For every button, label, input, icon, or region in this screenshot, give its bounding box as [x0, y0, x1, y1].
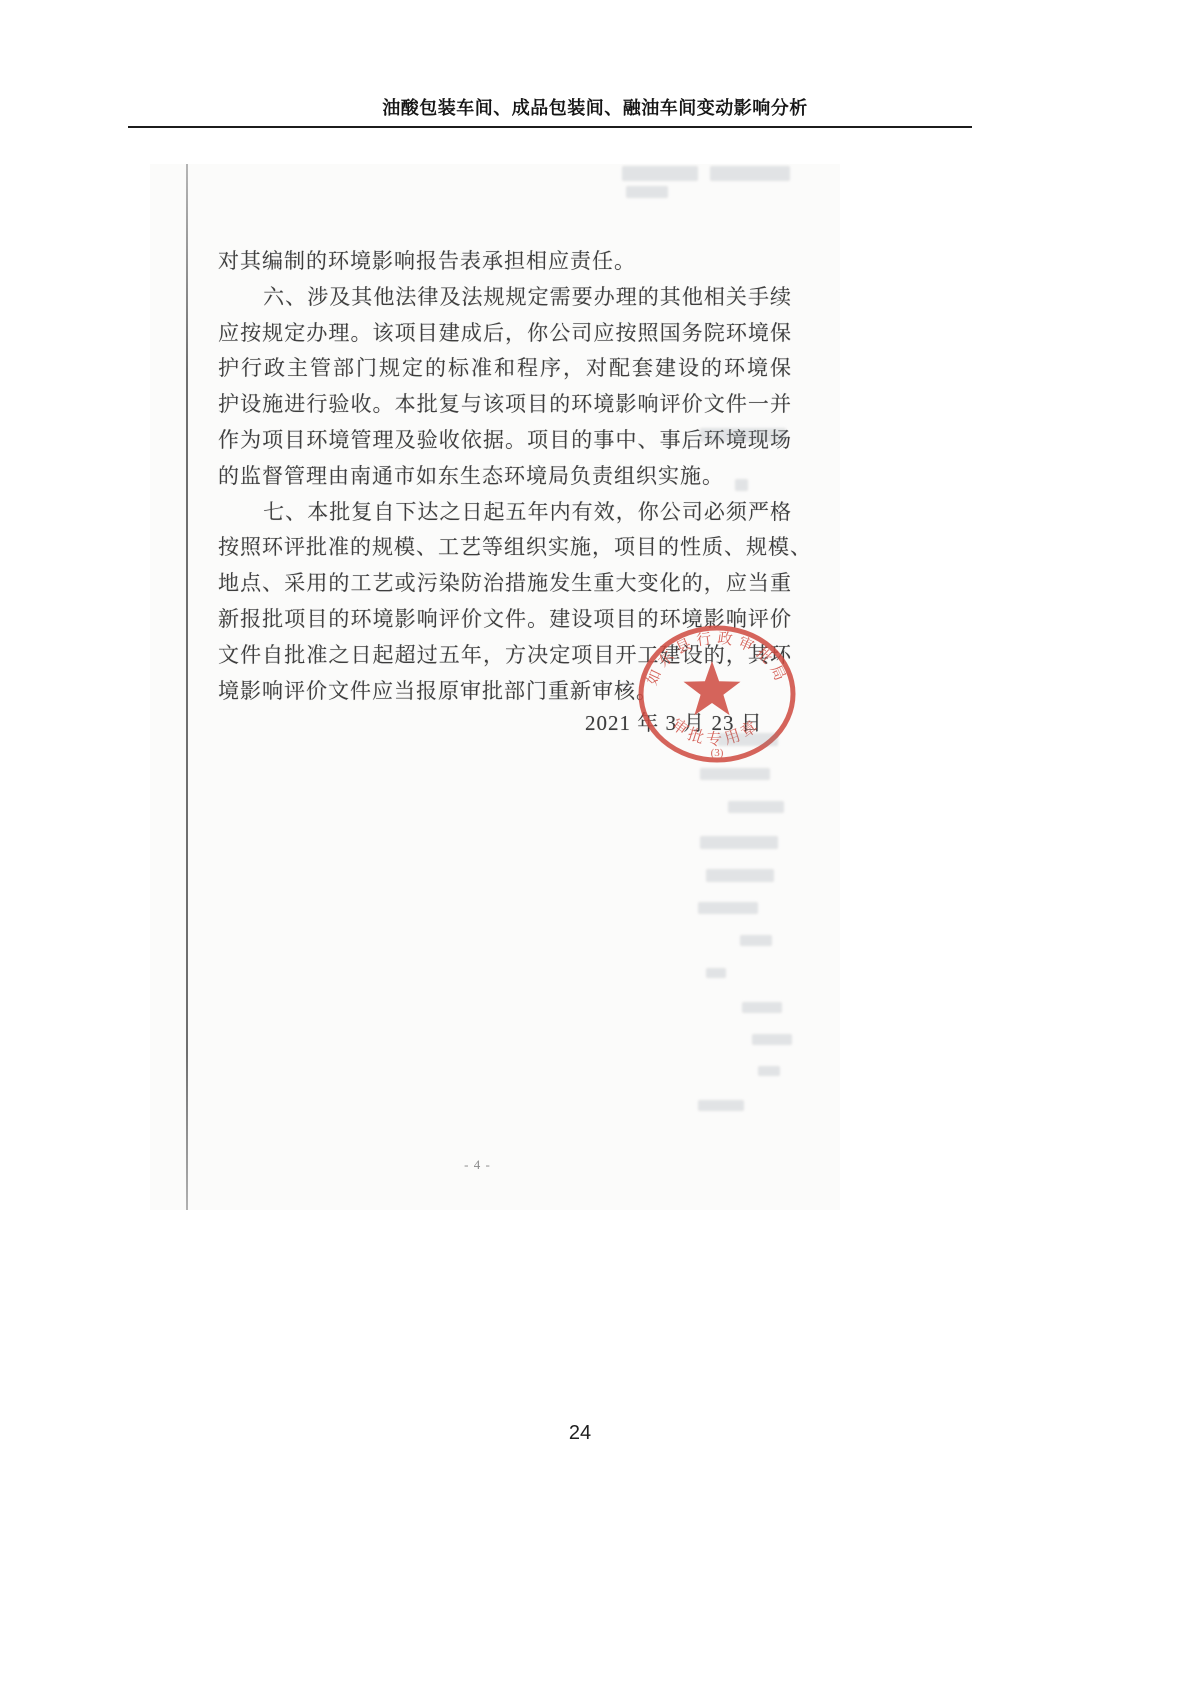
page-title: 油酸包装车间、成品包装间、融油车间变动影响分析 [0, 94, 1190, 120]
bleed-through-smudge [752, 1034, 792, 1045]
bleed-through-smudge [706, 968, 726, 978]
text-line: 护设施进行验收。本批复与该项目的环境影响评价文件一并 [218, 387, 792, 423]
bleed-through-smudge [742, 1002, 782, 1013]
scan-page-number: - 4 - [440, 1157, 515, 1173]
bleed-through-smudge [700, 836, 778, 849]
text-line: 对其编制的环境影响报告表承担相应责任。 [218, 244, 792, 280]
bleed-through-smudge [698, 1100, 744, 1111]
bleed-through-smudge [718, 733, 778, 746]
bleed-through-smudge [698, 902, 758, 914]
bleed-through-smudge [740, 935, 772, 946]
bleed-through-smudge [728, 801, 784, 813]
bleed-through-smudge [626, 186, 668, 198]
header-divider [128, 126, 972, 128]
text-line: 按照环评批准的规模、工艺等组织实施，项目的性质、规模、 [218, 530, 792, 566]
bleed-through-smudge [622, 166, 698, 181]
text-line: 地点、采用的工艺或污染防治措施发生重大变化的，应当重 [218, 566, 792, 602]
body-text: 对其编制的环境影响报告表承担相应责任。 六、涉及其他法律及法规规定需要办理的其他… [218, 244, 792, 709]
bleed-through-smudge [700, 428, 786, 442]
page-number: 24 [0, 1422, 1160, 1445]
text-line: 七、本批复自下达之日起五年内有效，你公司必须严格 [218, 495, 792, 531]
bleed-through-smudge [758, 1066, 780, 1076]
bleed-through-smudge [735, 479, 748, 491]
text-line: 应按规定办理。该项目建成后，你公司应按照国务院环境保 [218, 316, 792, 352]
scan-edge-shadow [186, 164, 188, 1210]
document-page: 油酸包装车间、成品包装间、融油车间变动影响分析 对其编制的环境影响报告表承担相应… [0, 0, 1190, 1683]
bleed-through-smudge [700, 768, 770, 780]
text-line: 境影响评价文件应当报原审批部门重新审核。 [218, 674, 792, 710]
text-line: 六、涉及其他法律及法规规定需要办理的其他相关手续 [218, 280, 792, 316]
bleed-through-smudge [706, 869, 774, 882]
bleed-through-smudge [710, 166, 790, 181]
text-line: 护行政主管部门规定的标准和程序，对配套建设的环境保 [218, 351, 792, 387]
text-line: 文件自批准之日起超过五年，方决定项目开工建设的，其环 [218, 638, 792, 674]
text-line: 的监督管理由南通市如东生态环境局负责组织实施。 [218, 459, 792, 495]
text-line: 新报批项目的环境影响评价文件。建设项目的环境影响评价 [218, 602, 792, 638]
